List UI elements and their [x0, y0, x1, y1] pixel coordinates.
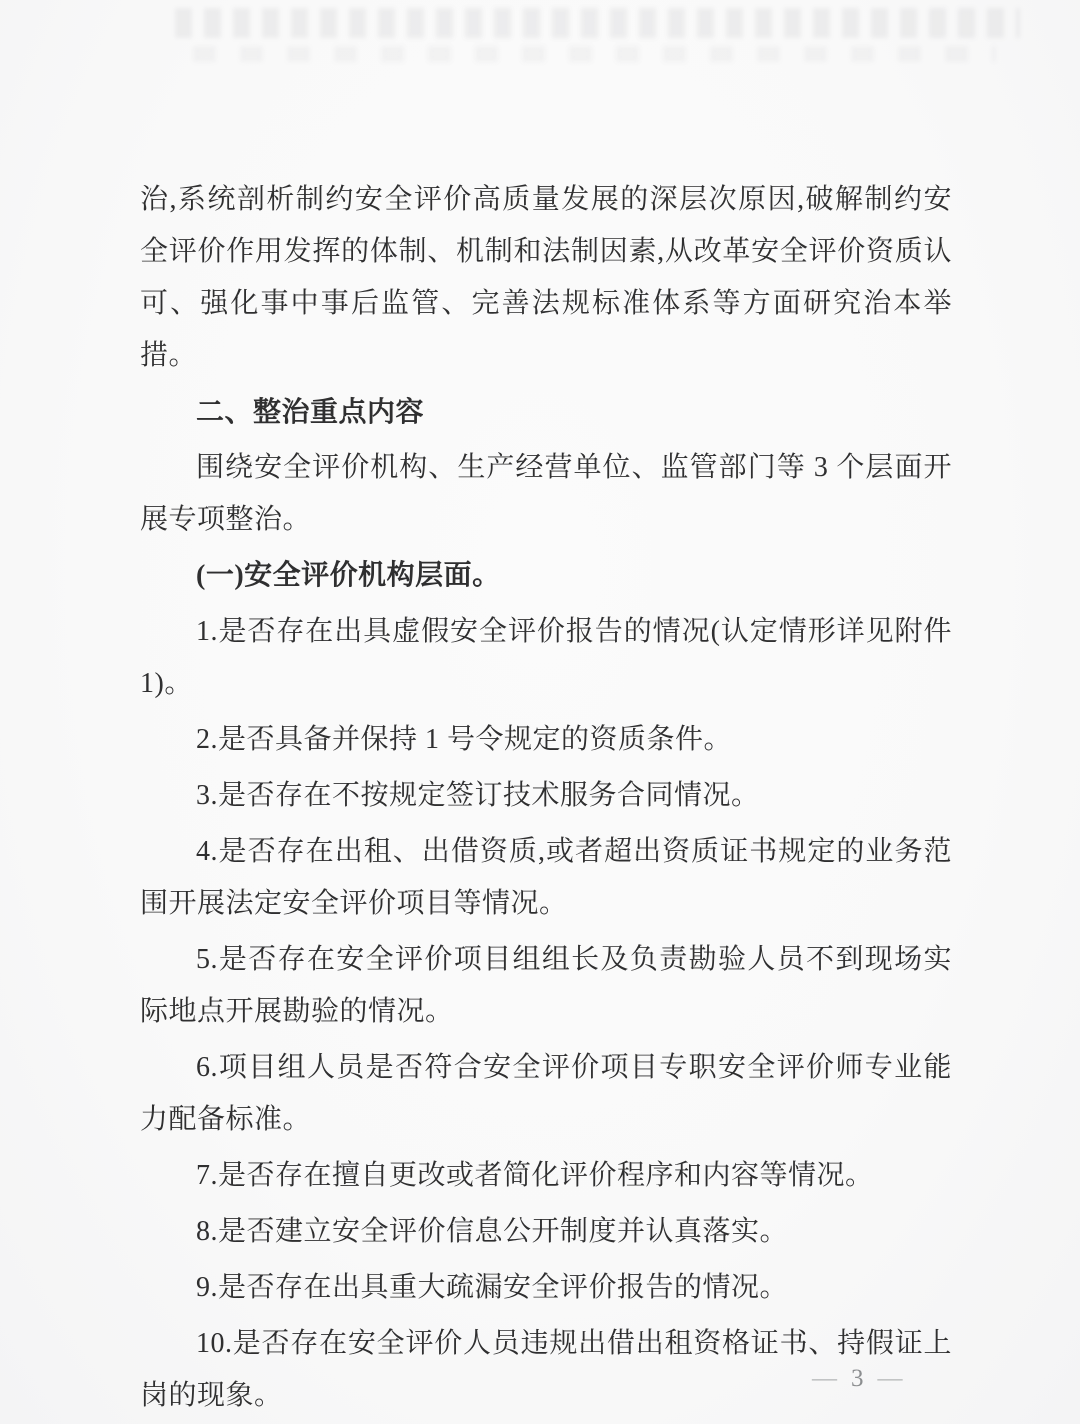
- list-item-4: 4.是否存在出租、出借资质,或者超出资质证书规定的业务范围开展法定安全评价项目等…: [140, 826, 952, 930]
- document-body: 治,系统剖析制约安全评价高质量发展的深层次原因,破解制约安全评价作用发挥的体制、…: [140, 174, 952, 1422]
- list-item-9: 9.是否存在出具重大疏漏安全评价报告的情况。: [140, 1262, 952, 1314]
- section-intro-paragraph: 围绕安全评价机构、生产经营单位、监管部门等 3 个层面开展专项整治。: [140, 442, 952, 546]
- list-item-8: 8.是否建立安全评价信息公开制度并认真落实。: [140, 1206, 952, 1258]
- section-heading: 二、整治重点内容: [140, 386, 952, 438]
- list-item-6: 6.项目组人员是否符合安全评价项目专职安全评价师专业能力配备标准。: [140, 1042, 952, 1146]
- subsection-heading: (一)安全评价机构层面。: [140, 550, 952, 602]
- page-number-footer: —3—: [812, 1362, 903, 1396]
- page-number-dash-right: —: [878, 1365, 903, 1392]
- document-page: 治,系统剖析制约安全评价高质量发展的深层次原因,破解制约安全评价作用发挥的体制、…: [0, 0, 1080, 1424]
- list-item-1: 1.是否存在出具虚假安全评价报告的情况(认定情形详见附件 1)。: [140, 606, 952, 710]
- page-number-dash-left: —: [812, 1365, 837, 1392]
- list-item-5: 5.是否存在安全评价项目组组长及负责勘验人员不到现场实际地点开展勘验的情况。: [140, 934, 952, 1038]
- list-item-3: 3.是否存在不按规定签订技术服务合同情况。: [140, 770, 952, 822]
- paragraph-continuation: 治,系统剖析制约安全评价高质量发展的深层次原因,破解制约安全评价作用发挥的体制、…: [140, 174, 952, 382]
- list-item-2: 2.是否具备并保持 1 号令规定的资质条件。: [140, 714, 952, 766]
- list-item-7: 7.是否存在擅自更改或者简化评价程序和内容等情况。: [140, 1150, 952, 1202]
- bleed-through-ghost-text: [175, 6, 1020, 72]
- page-number: 3: [851, 1365, 864, 1392]
